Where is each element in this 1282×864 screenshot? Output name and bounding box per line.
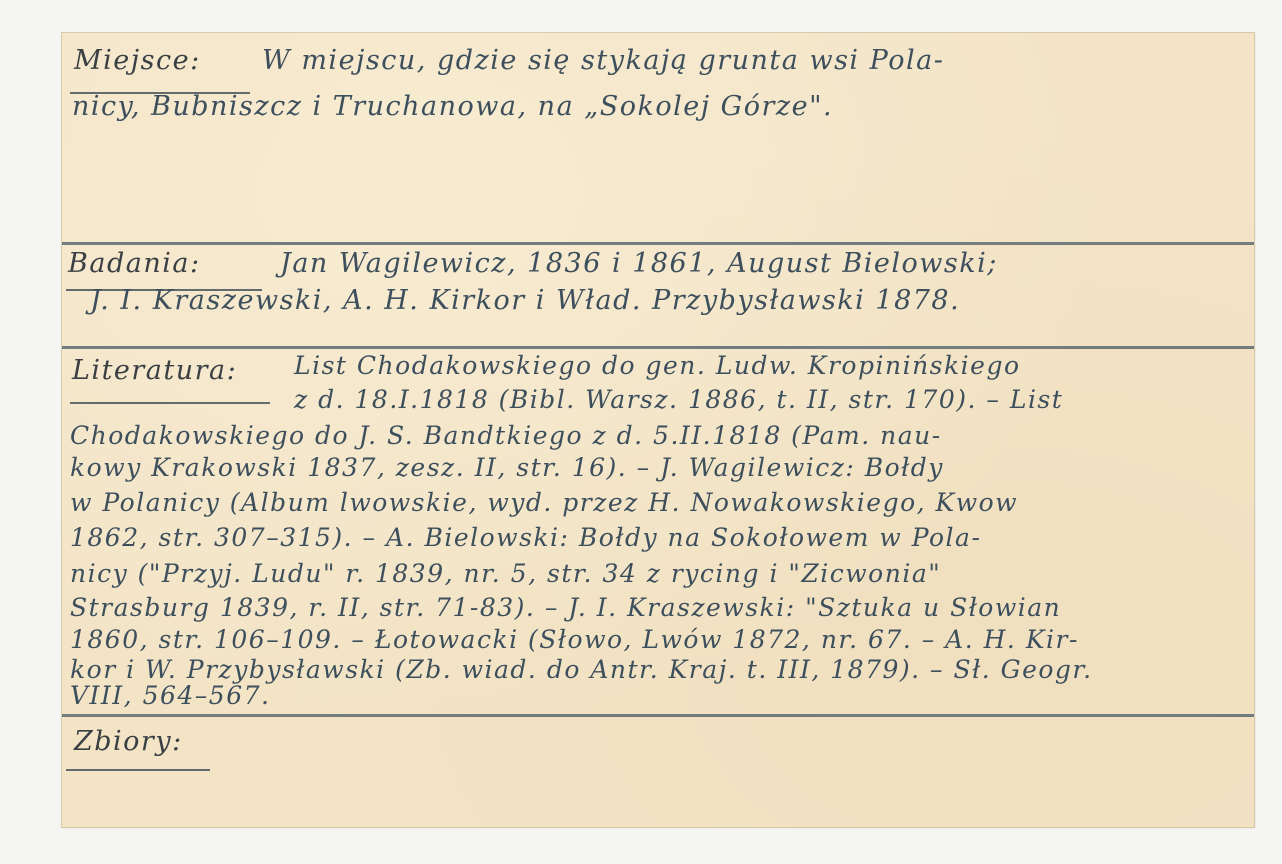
literatura-line-9: 1860, str. 106–109. – Łotowacki (Słowo, … xyxy=(70,625,1079,654)
badania-label: Badania: xyxy=(68,248,201,279)
miejsce-label: Miejsce: xyxy=(74,45,201,76)
literatura-line-5: w Polanicy (Album lwowskie, wyd. przez H… xyxy=(70,488,1018,517)
section-divider-zbiory xyxy=(62,714,1254,717)
literatura-line-2: z d. 18.I.1818 (Bibl. Warsz. 1886, t. II… xyxy=(294,385,1063,414)
literatura-line-4: kowy Krakowski 1837, zesz. II, str. 16).… xyxy=(70,453,944,482)
literatura-line-3: Chodakowskiego do J. S. Bandtkiego z d. … xyxy=(70,421,942,450)
literatura-line-10: kor i W. Przybysławski (Zb. wiad. do Ant… xyxy=(70,655,1093,684)
index-card: Miejsce: W miejscu, gdzie się stykają gr… xyxy=(62,33,1254,827)
zbiory-label: Zbiory: xyxy=(74,726,183,757)
miejsce-line-2: nicy, Bubniszcz i Truchanowa, na „Sokole… xyxy=(72,91,833,122)
miejsce-line-1: W miejscu, gdzie się stykają grunta wsi … xyxy=(262,45,944,76)
section-divider-literatura xyxy=(62,346,1254,349)
badania-line-2: J. I. Kraszewski, A. H. Kirkor i Wład. P… xyxy=(90,285,960,316)
literatura-line-1: List Chodakowskiego do gen. Ludw. Kropin… xyxy=(294,351,1021,380)
section-divider-badania xyxy=(62,242,1254,245)
zbiory-label-underline xyxy=(66,769,210,771)
scanned-page: Miejsce: W miejscu, gdzie się stykają gr… xyxy=(0,0,1282,864)
literatura-label-underline xyxy=(70,402,270,404)
literatura-line-8: Strasburg 1839, r. II, str. 71-83). – J.… xyxy=(70,593,1061,622)
literatura-line-11: VIII, 564–567. xyxy=(70,681,270,710)
literatura-line-6: 1862, str. 307–315). – A. Bielowski: Boł… xyxy=(70,523,981,552)
literatura-label: Literatura: xyxy=(72,355,237,386)
badania-line-1: Jan Wagilewicz, 1836 i 1861, August Biel… xyxy=(280,248,998,279)
literatura-line-7: nicy ("Przyj. Ludu" r. 1839, nr. 5, str.… xyxy=(70,559,941,588)
